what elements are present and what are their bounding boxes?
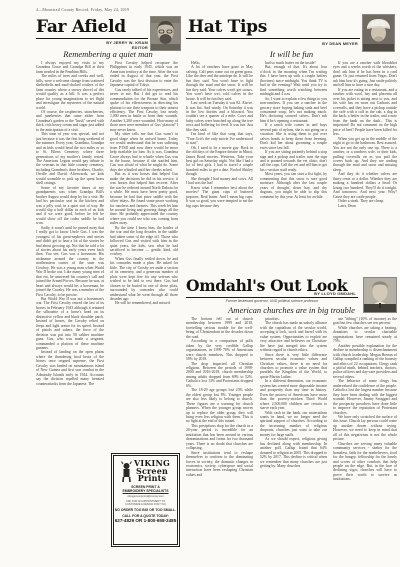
paragraph: Last week on Tuesday it was 82. Above. I… [186,101,253,132]
hat-tips-rule [186,38,360,39]
paragraph: If a ranch wife comes in and buys severa… [260,123,327,150]
paragraph: The miles of trees and creeks and well, … [36,74,104,110]
ad-phone-numbers[interactable]: 627-4829 OR 1-800-658-3485 [112,518,179,523]
paragraph: Since there is very little difference be… [260,353,327,380]
paragraph: I always enjoyed my visits to my Grandma… [36,61,104,74]
paragraph: A lot of ranchers have gone to May calvi… [186,65,253,101]
ad-service-line2: EMBROIDERY SPECIALISTS [112,489,179,493]
paragraph: Oh, I used to be a movie guy. Back in th… [186,146,253,177]
paragraph: First Cavalry helped recapture the Phili… [110,61,178,88]
paragraph: Gus rarely talked of his experiences, an… [110,88,178,133]
far-afield-title: Far Afield [36,17,126,37]
paragraph: use "tithing" (10% of income) as the goa… [333,317,397,326]
paragraph: Most years, you can start a fist fight, … [260,172,327,199]
far-afield-column-1: I always enjoyed my visits to my Grandma… [36,61,104,560]
dean-meyer-portrait-art [363,15,394,51]
paragraph: Some of my favorite times at my grandpar… [36,186,104,226]
paragraph: We have only scratched the surface of th… [333,415,397,442]
paragraph: But as it was horses that helped Gus mak… [110,172,178,225]
paragraph: Know what I remember best about the movi… [186,186,253,208]
viking-screen-prints-ad[interactable]: VIKING Screen Prints SCREEN PRINT & EMBR… [111,453,180,547]
ad-note-line2: CUSTOMIZE A DESIGN FOR YOU [112,503,179,506]
paragraph: The behavior of some clergy has underval… [333,379,397,415]
paragraph: When you get up in the middle of the nig… [333,137,397,173]
hat-tips-column-1: Hello,A lot of ranchers have gone to May… [186,61,253,279]
paragraph: While churches are taking a beating, don… [333,326,397,344]
paragraph: This time of year was special, and not j… [36,132,104,185]
dean-meyer-portrait [362,14,395,52]
paragraph: Of course, the raspberries, strawberries… [36,110,104,132]
viking-mascot-icon [121,461,132,483]
paragraph: So, I want to explain a few things to yo… [260,97,327,124]
paragraph: This precipitous drop for the church in … [186,424,253,451]
omdahl-column-1: The bottom fell out of church membership… [186,317,253,560]
omdahl-column-2: priorities.The church has made an unholy… [260,317,327,560]
paragraph: The church has made an unholy alliance w… [260,321,327,352]
paragraph: But, enough of that. It's about four o'c… [260,65,327,96]
ad-order-line: NO ORDER TOO BIG OR TOO SMALL. [112,508,179,512]
paragraph: Later, Dean [333,204,397,208]
omdahl-subhead: American churches are in big trouble [186,305,397,315]
paragraph: Another possible explanation for the dec… [333,344,397,380]
hat-tips-subhead: It will be fun [186,49,397,59]
paragraph: Sadly, it wasn't until he passed away th… [36,226,104,297]
hat-tips-title: Hat Tips [188,17,267,37]
paragraph: My sister tells me that Gus wasn't in go… [110,132,178,172]
jerry-kram-portrait [150,16,181,51]
paragraph: As we should expect, religious giving ha… [260,437,327,468]
paragraph: Instead of landing on the open plains wh… [36,350,104,386]
hat-tips-column-2: had so much butter on the inside!But, en… [260,61,327,279]
paragraph: When Gus finally settled down, he and hi… [110,257,178,302]
edition-line: 4—Mountrail County Record, Friday, May 2… [36,7,129,12]
ad-contact-line: vikingscreenprints@nccray.com [112,495,179,498]
far-afield-column-2: First Cavalry helped recapture the Phili… [110,61,178,450]
paragraph: But World War II was not a horseman's wa… [36,297,104,350]
paragraph: Churches are serving many valuable commu… [333,442,397,482]
jerry-kram-portrait-art [151,17,180,50]
paragraph: In a different dimension, our economic s… [260,379,327,410]
far-afield-rule [36,38,148,39]
paragraph: According to a comparison of polls taken… [186,339,253,361]
paragraph: If you are eating in a restaurant, and a… [333,88,397,137]
paragraph: If you are sitting patiently behind a st… [260,150,327,172]
paragraph: He will be remembered, and missed. [110,301,178,305]
hat-tips-byline: BY DEAN MEYER [270,41,358,46]
paragraph: If you are a rancher with bloodshot eyes… [333,61,397,88]
paragraph: The 18-29 age groups lost 23% while the … [186,388,253,424]
paragraph: Since institutions tend to reshape thems… [186,451,253,478]
paragraph: She thought I had money and cows. All I … [186,177,253,186]
paragraph: I'm kind of like that song that says, "T… [186,132,253,145]
paragraph: With cash in the bank, our materialism w… [260,411,327,438]
hat-tips-column-3: If you are a rancher with bloodshot eyes… [333,61,397,279]
omdahl-rule [186,297,358,298]
newspaper-page: { "page": { "edition_line": "4—Mountrail… [0,0,400,567]
paragraph: And they do it whether calves are thirty… [333,172,397,199]
ad-brand-line3: Prints [134,475,170,483]
far-afield-subhead: Remembering a quiet man [36,49,180,59]
omdahl-credit: Former lieutenant governor, UND politica… [186,299,358,303]
omdahl-byline: BY LLOYD OMDAHL [268,291,356,296]
paragraph: The bottom fell out of church membership… [186,317,253,339]
paragraph: By the time I knew him, the battles of t… [110,226,178,257]
paragraph: The drop impacted all Christian religion… [186,362,253,389]
omdahl-column-3: use "tithing" (10% of income) as the goa… [333,317,397,560]
